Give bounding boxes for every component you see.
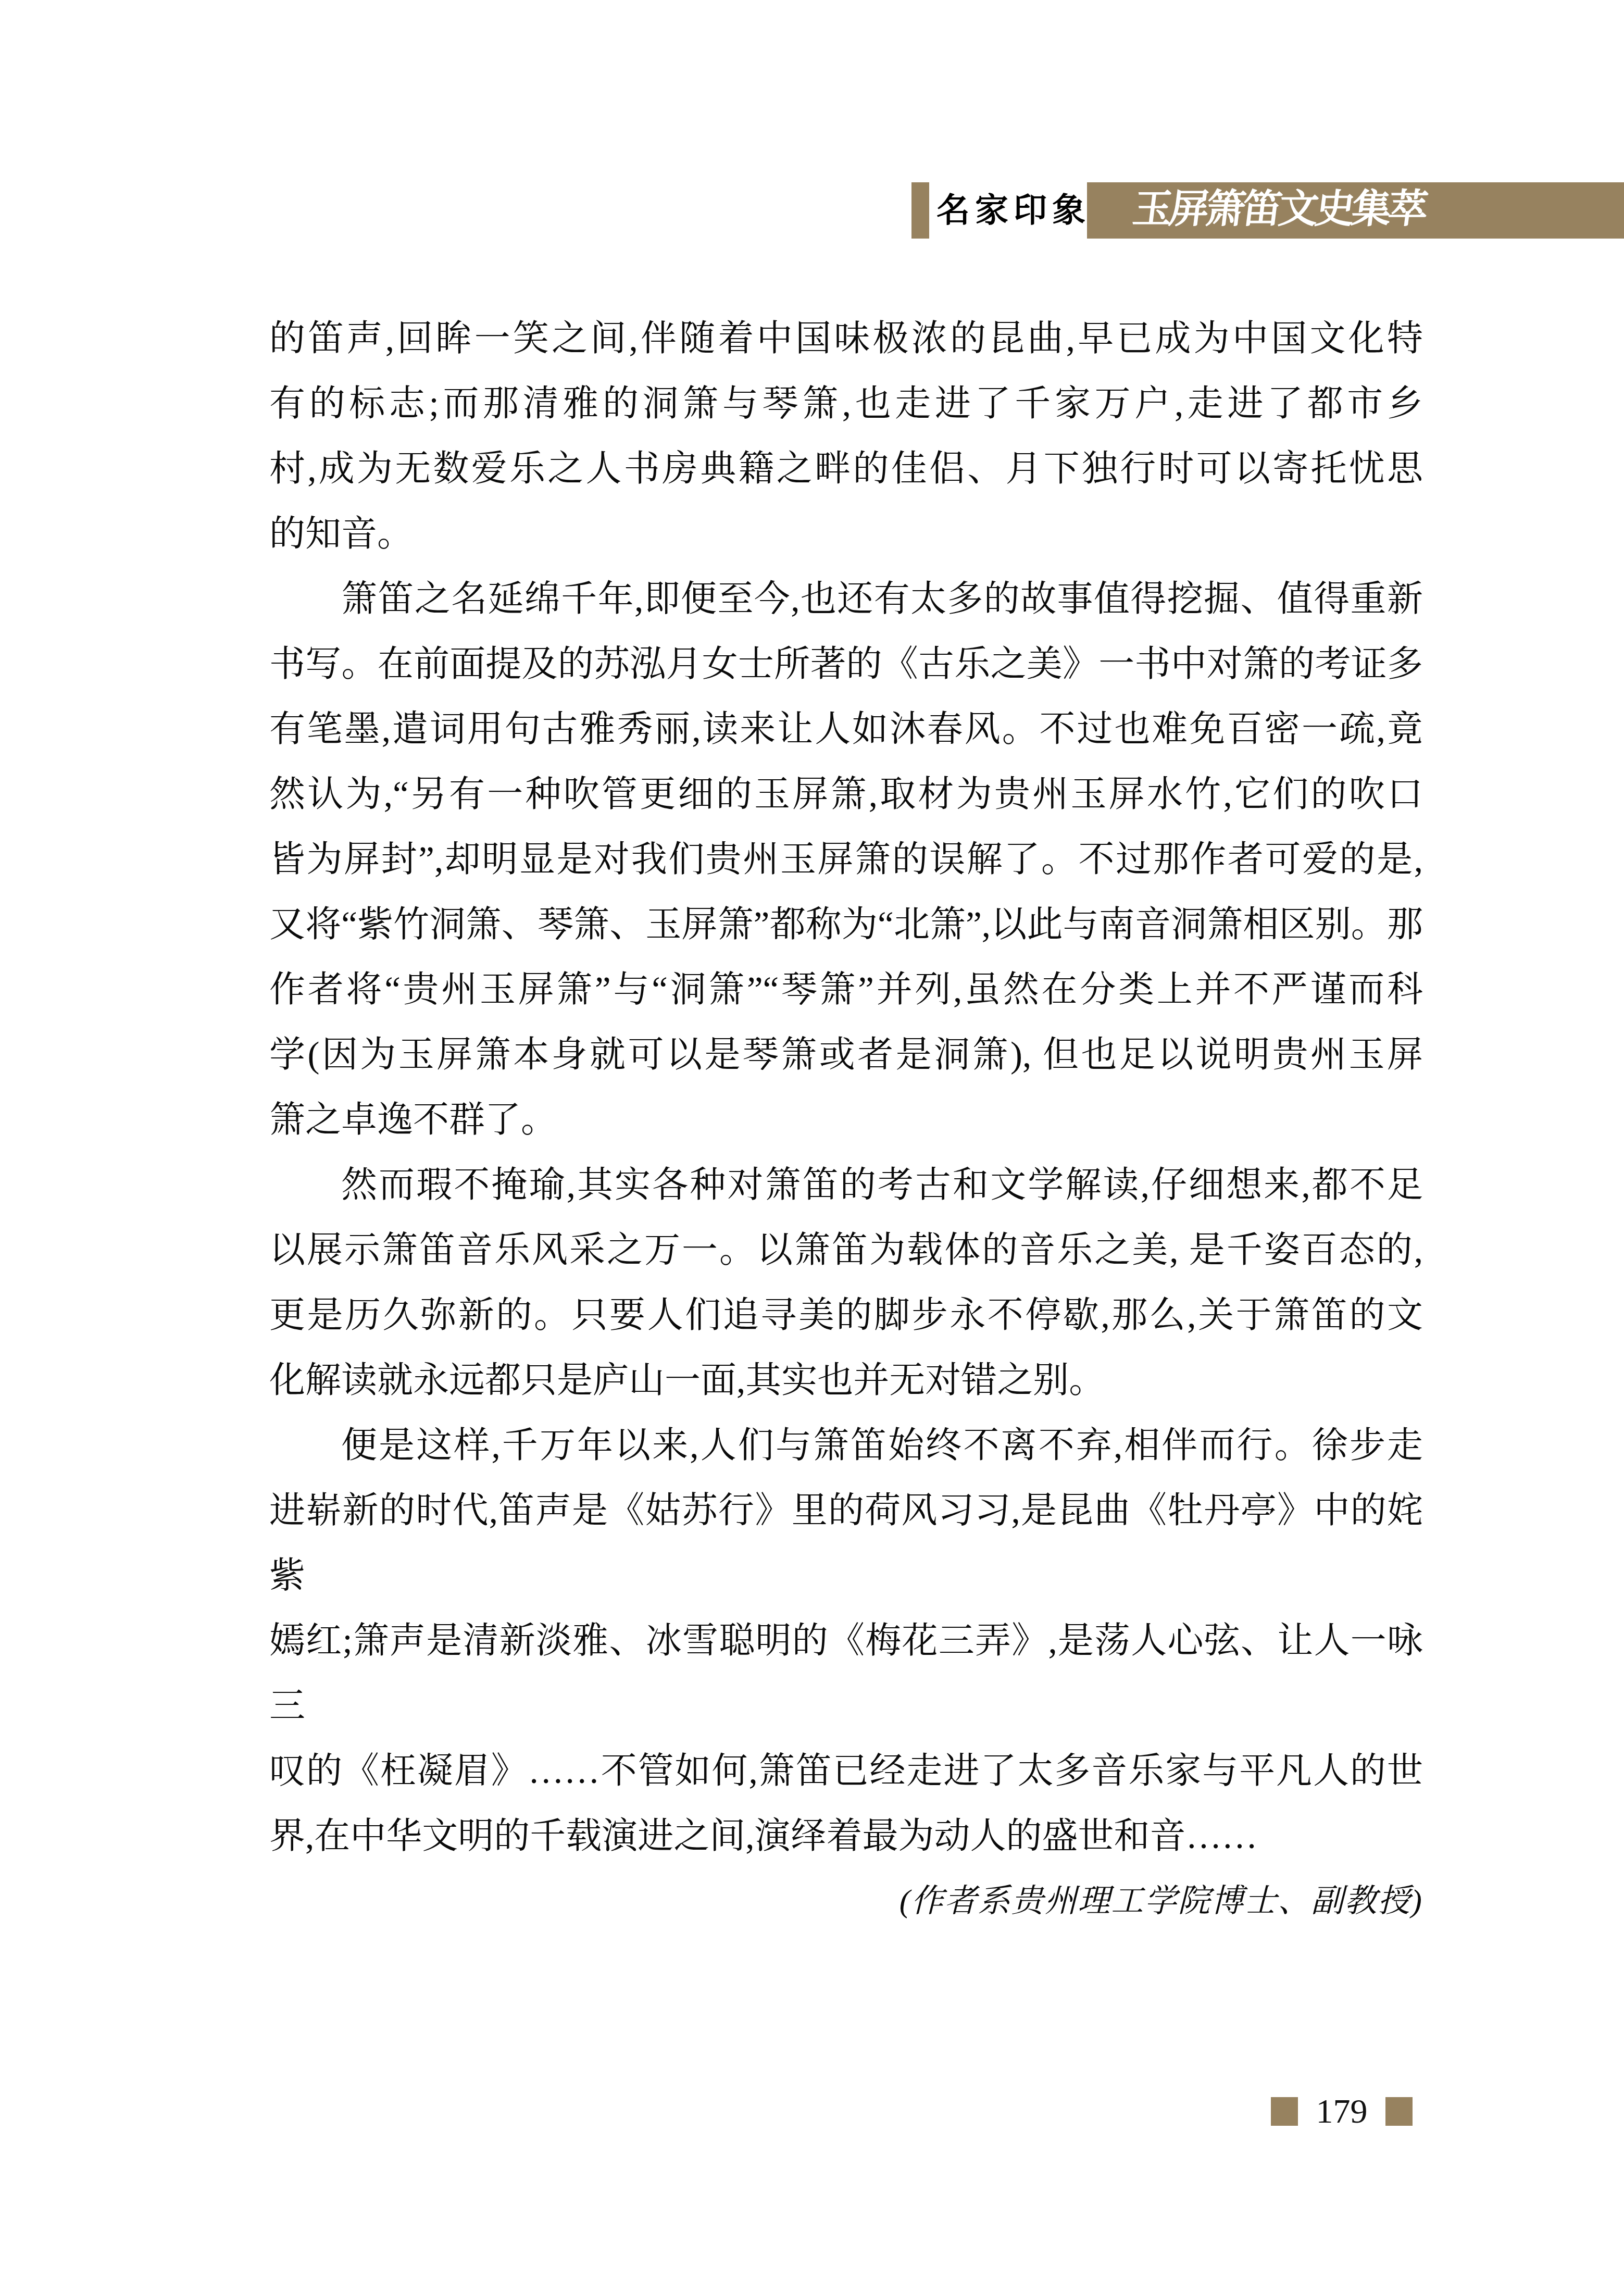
- text-line: 书写。在前面提及的苏泓月女士所著的《古乐之美》一书中对箫的考证多: [269, 632, 1423, 697]
- text-line: 便是这样,千万年以来,人们与箫笛始终不离不弃,相伴而行。徐步走: [269, 1413, 1423, 1478]
- text-line: 界,在中华文明的千载演进之间,演绎着最为动人的盛世和音……: [269, 1804, 1423, 1869]
- text-line: 皆为屏封”,却明显是对我们贵州玉屏箫的误解了。不过那作者可爱的是,: [269, 827, 1423, 892]
- section-title: 名家印象: [936, 182, 1091, 239]
- text-line: 嫣红;箫声是清新淡雅、冰雪聪明的《梅花三弄》,是荡人心弦、让人一咏三: [269, 1609, 1423, 1739]
- book-page: 名家印象 玉屏箫笛文史集萃 的笛声,回眸一笑之间,伴随着中国味极浓的昆曲,早已成…: [0, 0, 1624, 2269]
- text-line: 箫之卓逸不群了。: [269, 1088, 1423, 1153]
- text-line: 叹的《枉凝眉》……不管如何,箫笛已经走进了太多音乐家与平凡人的世: [269, 1739, 1423, 1804]
- text-line: 学(因为玉屏箫本身就可以是琴箫或者是洞箫), 但也足以说明贵州玉屏: [269, 1023, 1423, 1088]
- text-line: 作者将“贵州玉屏箫”与“洞箫”“琴箫”并列,虽然在分类上并不严谨而科: [269, 957, 1423, 1023]
- footer-right-square: [1385, 2097, 1413, 2126]
- text-line: 有笔墨,遣词用句古雅秀丽,读来让人如沐春风。不过也难免百密一疏,竟: [269, 697, 1423, 762]
- header-band: 玉屏箫笛文史集萃: [1087, 182, 1624, 239]
- text-line: 然而瑕不掩瑜,其实各种对箫笛的考古和文学解读,仔细想来,都不足: [269, 1153, 1423, 1218]
- text-line: 化解读就永远都只是庐山一面,其实也并无对错之别。: [269, 1348, 1423, 1413]
- text-line: 有的标志;而那清雅的洞箫与琴箫,也走进了千家万户,走进了都市乡: [269, 371, 1423, 437]
- text-line: 的知音。: [269, 502, 1423, 567]
- text-line: 又将“紫竹洞箫、琴箫、玉屏箫”都称为“北箫”,以此与南音洞箫相区别。那: [269, 892, 1423, 957]
- text-line: 然认为,“另有一种吹管更细的玉屏箫,取材为贵州玉屏水竹,它们的吹口: [269, 762, 1423, 827]
- header-accent-bar: [911, 182, 929, 239]
- article-body: 的笛声,回眸一笑之间,伴随着中国味极浓的昆曲,早已成为中国文化特有的标志;而那清…: [269, 306, 1423, 1934]
- author-attribution: (作者系贵州理工学院博士、副教授): [269, 1869, 1423, 1934]
- text-line: 村,成为无数爱乐之人书房典籍之畔的佳侣、月下独行时可以寄托忧思: [269, 437, 1423, 502]
- text-line: 更是历久弥新的。只要人们追寻美的脚步永不停歇,那么,关于箫笛的文: [269, 1283, 1423, 1348]
- text-line: 进崭新的时代,笛声是《姑苏行》里的荷风习习,是昆曲《牡丹亭》中的姹紫: [269, 1478, 1423, 1609]
- page-footer: 179: [1271, 2097, 1413, 2126]
- text-line: 箫笛之名延绵千年,即便至今,也还有太多的故事值得挖掘、值得重新: [269, 567, 1423, 632]
- text-line: 的笛声,回眸一笑之间,伴随着中国味极浓的昆曲,早已成为中国文化特: [269, 306, 1423, 371]
- text-line: 以展示箫笛音乐风采之万一。以箫笛为载体的音乐之美, 是千姿百态的,: [269, 1218, 1423, 1283]
- footer-left-square: [1271, 2097, 1298, 2126]
- book-title-calligraphy: 玉屏箫笛文史集萃: [1129, 182, 1428, 239]
- page-number: 179: [1298, 2097, 1385, 2126]
